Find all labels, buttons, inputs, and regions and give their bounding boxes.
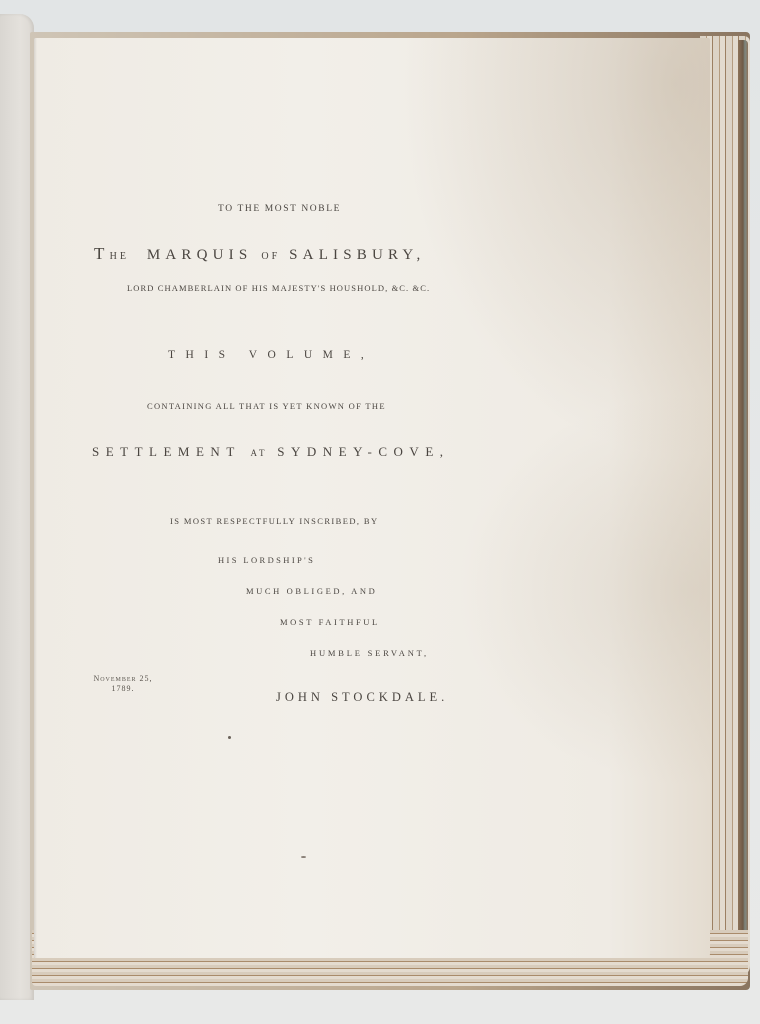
title-marquis: MARQUIS	[147, 247, 253, 263]
dedication-line-1: To the most noble	[218, 204, 341, 214]
settlement-at: at	[251, 448, 268, 458]
date-month-day: November 25,	[86, 674, 160, 684]
dedication-containing: Containing all that is yet known of the	[147, 401, 386, 411]
title-of: of	[261, 251, 280, 262]
title-salisbury: SALISBURY,	[289, 247, 425, 263]
settlement-sydney-cove: SYDNEY-COVE,	[277, 444, 449, 459]
ink-speck	[228, 736, 231, 739]
date-year: 1789.	[86, 684, 160, 694]
dedication-settlement: SETTLEMENT at SYDNEY-COVE,	[92, 444, 450, 460]
dedication-his-lordships: His Lordship's	[218, 555, 315, 565]
signature-john-stockdale: JOHN STOCKDALE.	[276, 690, 448, 705]
title-the: he	[110, 251, 129, 262]
dedication-lord-chamberlain: Lord Chamberlain of his Majesty's Housho…	[127, 283, 430, 293]
title-initial: T	[94, 244, 110, 263]
dedication-inscribed: Is most respectfully inscribed, by	[170, 516, 379, 526]
dedication-date: November 25, 1789.	[86, 674, 160, 694]
dedication-title-marquis: The MARQUIS of SALISBURY,	[94, 244, 425, 264]
dedication-humble-servant: Humble Servant,	[310, 648, 429, 658]
dedication-much-obliged: Much obliged, and	[246, 586, 377, 596]
dedication-this-volume: This Volume,	[168, 349, 374, 361]
dedication-most-faithful: Most faithful	[280, 617, 380, 627]
paper-mark	[301, 856, 306, 858]
dedication-text: To the most noble The MARQUIS of SALISBU…	[0, 0, 760, 1024]
settlement-word: SETTLEMENT	[92, 444, 241, 459]
